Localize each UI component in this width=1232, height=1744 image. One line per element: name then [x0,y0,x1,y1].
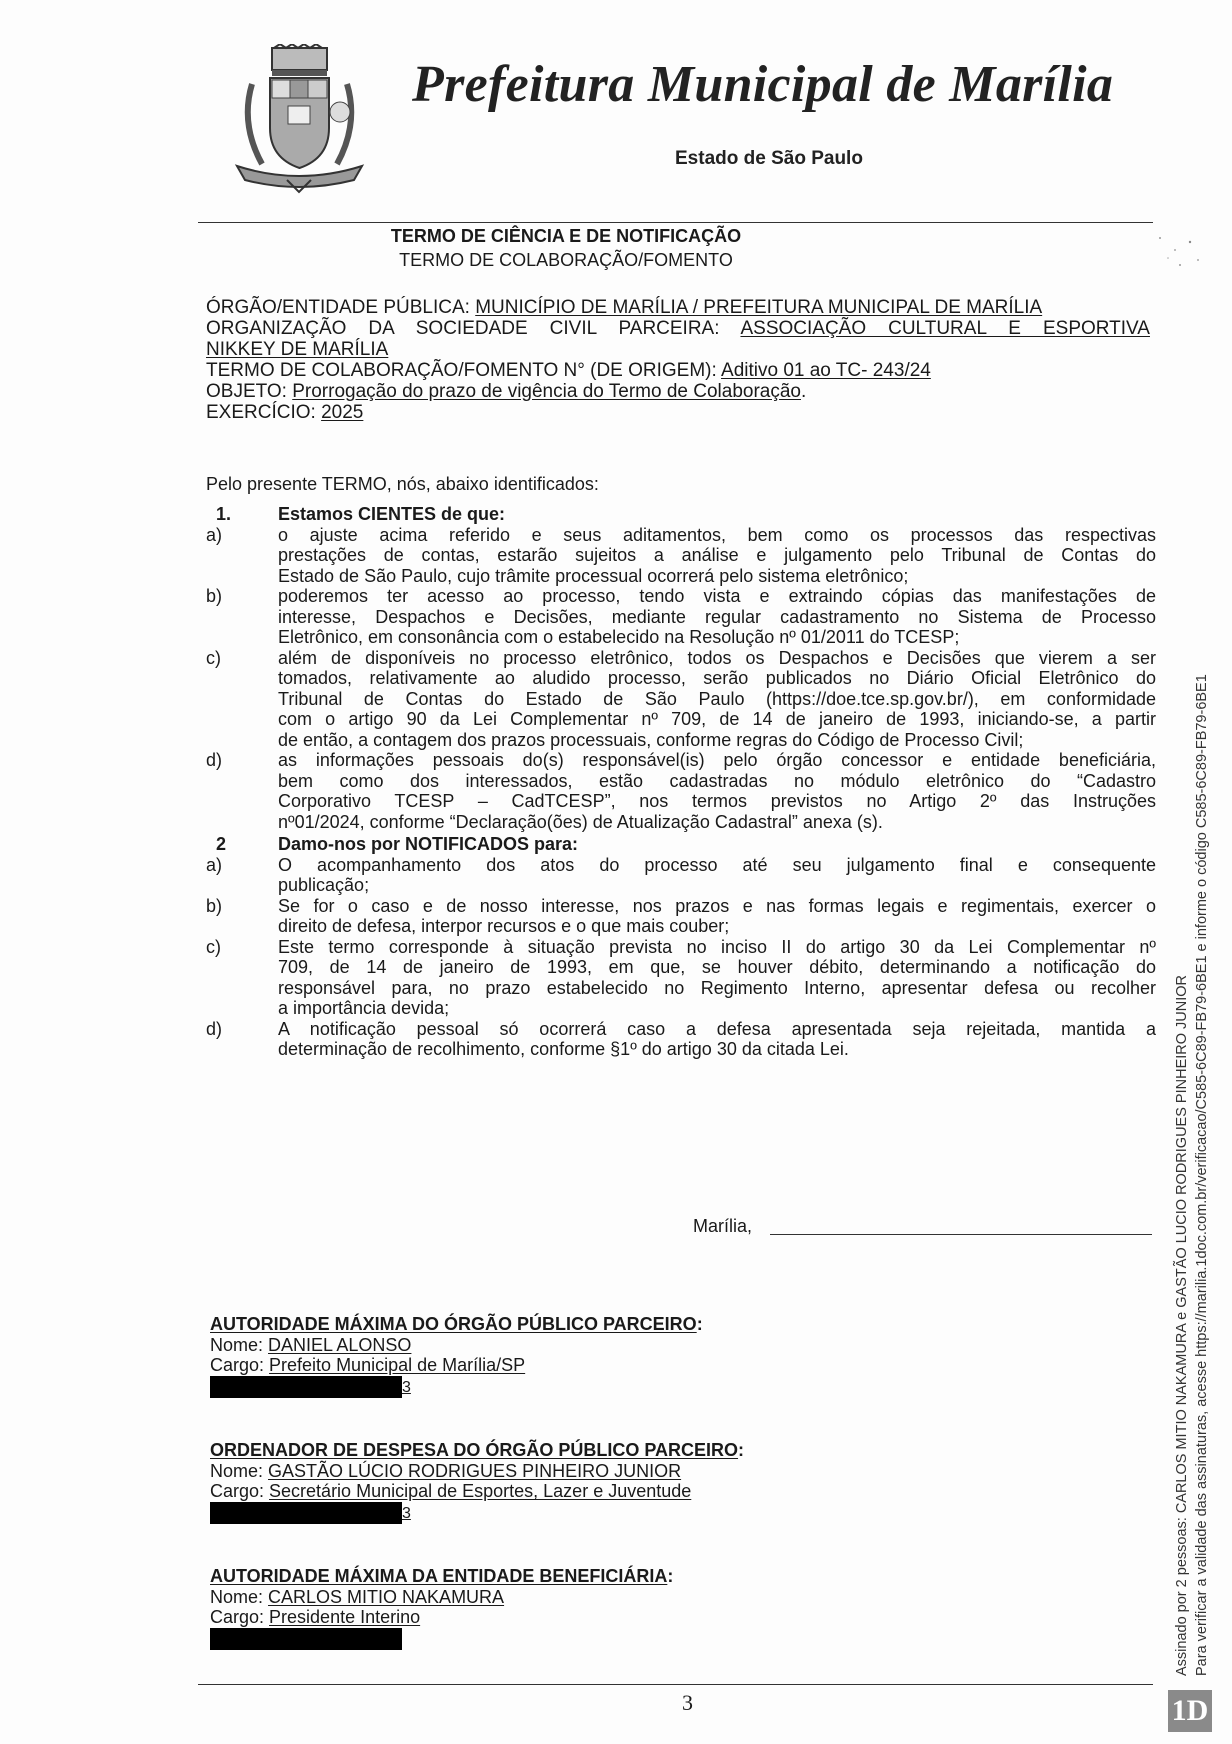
item-letter: c) [206,648,278,751]
signer-role: Secretário Municipal de Esportes, Lazer … [269,1481,691,1501]
item-text-line: de então, a contagem dos prazos processu… [278,730,1156,751]
list-item: d)as informações pessoais do(s) responsá… [206,750,1156,832]
name-label: Nome: [210,1335,268,1355]
osc-field-continued: NIKKEY DE MARÍLIA [206,339,1150,360]
item-text-line: responsável para, no prazo estabelecido … [278,978,1156,999]
exercicio-value: 2025 [321,402,363,423]
signed-by-text: Assinado por 2 pessoas: CARLOS MITIO NAK… [1172,674,1192,1676]
redaction-bar [210,1376,402,1398]
agreement-metadata: ÓRGÃO/ENTIDADE PÚBLICA: MUNICÍPIO DE MAR… [206,297,1150,423]
signer-name: CARLOS MITIO NAKAMURA [268,1587,504,1607]
signer-name: GASTÃO LÚCIO RODRIGUES PINHEIRO JUNIOR [268,1461,681,1481]
item-text-line: o ajuste acima referido e seus aditament… [278,525,1156,546]
signer-name-field: Nome: CARLOS MITIO NAKAMURA [210,1587,673,1608]
item-text-line: O acompanhamento dos atos do processo at… [278,855,1156,876]
item-text-line: poderemos ter acesso ao processo, tendo … [278,586,1156,607]
osc-label: ORGANIZAÇÃO DA SOCIEDADE CIVIL PARCEIRA: [206,318,740,339]
coat-of-arms-icon [232,44,367,194]
name-label: Nome: [210,1461,268,1481]
role-label: Cargo: [210,1607,269,1627]
signer-role-field: Cargo: Secretário Municipal de Esportes,… [210,1481,744,1502]
item-letter: a) [206,525,278,587]
item-text-line: determinação de recolhimento, conforme §… [278,1039,1156,1060]
signer-role-field: Cargo: Presidente Interino [210,1607,673,1628]
item-text: além de disponíveis no processo eletrôni… [278,648,1156,751]
orgao-field: ÓRGÃO/ENTIDADE PÚBLICA: MUNICÍPIO DE MAR… [206,297,1150,318]
intro-paragraph: Pelo presente TERMO, nós, abaixo identif… [206,474,599,495]
item-text-line: Eletrônico, em consonância com o estabel… [278,627,1156,648]
list-item: c)Este termo corresponde à situação prev… [206,937,1156,1019]
item-letter: a) [206,855,278,896]
list-item: d)A notificação pessoal só ocorrerá caso… [206,1019,1156,1060]
termo-value: Aditivo 01 ao TC- 243/24 [721,360,931,381]
item-text-line: Se for o caso e de nosso interesse, nos … [278,896,1156,917]
exercicio-label: EXERCÍCIO: [206,402,321,423]
termo-field: TERMO DE COLABORAÇÃO/FOMENTO N° (DE ORIG… [206,360,1150,381]
item-letter: c) [206,937,278,1019]
section-number: 1. [206,504,278,525]
item-text-line: Este termo corresponde à situação previs… [278,937,1156,958]
item-text-line: Tribunal de Contas do Estado de São Paul… [278,689,1156,710]
item-text-line: publicação; [278,875,1156,896]
signer-role-field: Cargo: Prefeito Municipal de Marília/SP [210,1355,703,1376]
section-number: 2 [206,834,278,855]
item-text: Este termo corresponde à situação previs… [278,937,1156,1019]
item-text: as informações pessoais do(s) responsáve… [278,750,1156,832]
list-item: b)Se for o caso e de nosso interesse, no… [206,896,1156,937]
signature-heading: ORDENADOR DE DESPESA DO ÓRGÃO PÚBLICO PA… [210,1440,744,1461]
redacted-field: 3 [210,1502,744,1525]
termo-label: TERMO DE COLABORAÇÃO/FOMENTO N° (DE ORIG… [206,360,721,381]
signature-block: AUTORIDADE MÁXIMA DA ENTIDADE BENEFICIÁR… [210,1566,673,1650]
item-text-line: com o artigo 90 da Lei Complementar nº 7… [278,709,1156,730]
item-text-line: tomados, relativamente ao aludido proces… [278,668,1156,689]
role-label: Cargo: [210,1355,269,1375]
scan-noise [1150,230,1210,275]
redaction-bar [210,1502,402,1524]
name-label: Nome: [210,1587,268,1607]
section-heading: 1.Estamos CIENTES de que: [206,504,1156,525]
signature-heading-text: AUTORIDADE MÁXIMA DO ÓRGÃO PÚBLICO PARCE… [210,1314,697,1334]
list-item: b)poderemos ter acesso ao processo, tend… [206,586,1156,648]
item-text: Se for o caso e de nosso interesse, nos … [278,896,1156,937]
signer-name: DANIEL ALONSO [268,1335,411,1355]
osc-field: ORGANIZAÇÃO DA SOCIEDADE CIVIL PARCEIRA:… [206,318,1150,339]
item-letter: b) [206,586,278,648]
digital-signature-stamp: Assinado por 2 pessoas: CARLOS MITIO NAK… [1172,674,1212,1676]
signature-heading: AUTORIDADE MÁXIMA DO ÓRGÃO PÚBLICO PARCE… [210,1314,703,1335]
section-heading: 2Damo-nos por NOTIFICADOS para: [206,834,1156,855]
item-text-line: bem como dos interessados, estão cadastr… [278,771,1156,792]
signer-name-field: Nome: DANIEL ALONSO [210,1335,703,1356]
role-label: Cargo: [210,1481,269,1501]
section-heading-text: Estamos CIENTES de que: [278,504,505,525]
header-divider [198,222,1153,223]
item-text: O acompanhamento dos atos do processo at… [278,855,1156,896]
orgao-value: MUNICÍPIO DE MARÍLIA / PREFEITURA MUNICI… [475,297,1042,318]
terms-body: 1.Estamos CIENTES de que:a)o ajuste acim… [206,502,1156,1060]
date-signature-line [770,1234,1152,1235]
signature-heading-text: ORDENADOR DE DESPESA DO ÓRGÃO PÚBLICO PA… [210,1440,738,1460]
signer-role: Prefeito Municipal de Marília/SP [269,1355,525,1375]
document-subtitle: TERMO DE COLABORAÇÃO/FOMENTO [0,250,1182,271]
item-text-line: A notificação pessoal só ocorrerá caso a… [278,1019,1156,1040]
item-text-line: direito de defesa, interpor recursos e o… [278,916,1156,937]
signer-name-field: Nome: GASTÃO LÚCIO RODRIGUES PINHEIRO JU… [210,1461,744,1482]
list-item: a)O acompanhamento dos atos do processo … [206,855,1156,896]
item-letter: d) [206,1019,278,1060]
orgao-label: ÓRGÃO/ENTIDADE PÚBLICA: [206,297,475,318]
place-label: Marília, [693,1216,752,1237]
item-letter: b) [206,896,278,937]
redaction-bar [210,1628,402,1650]
objeto-value: Prorrogação do prazo de vigência do Term… [292,381,801,402]
item-text-line: a importância devida; [278,998,1156,1019]
item-text-line: interesse, Despachos e Decisões, mediant… [278,607,1156,628]
objeto-label: OBJETO: [206,381,292,402]
item-text-line: Corporativo TCESP – CadTCESP”, nos termo… [278,791,1156,812]
list-item: a)o ajuste acima referido e seus aditame… [206,525,1156,587]
osc-value: ASSOCIAÇÃO CULTURAL E ESPORTIVA [740,318,1150,339]
objeto-field: OBJETO: Prorrogação do prazo de vigência… [206,381,1150,402]
item-text: o ajuste acima referido e seus aditament… [278,525,1156,587]
list-item: c)além de disponíveis no processo eletrô… [206,648,1156,751]
signature-heading-text: AUTORIDADE MÁXIMA DA ENTIDADE BENEFICIÁR… [210,1566,667,1586]
signer-role: Presidente Interino [269,1607,420,1627]
item-text: poderemos ter acesso ao processo, tendo … [278,586,1156,648]
redacted-tail: 3 [402,1505,411,1522]
signature-block: AUTORIDADE MÁXIMA DO ÓRGÃO PÚBLICO PARCE… [210,1314,703,1398]
objeto-suffix: . [801,381,806,402]
exercicio-field: EXERCÍCIO: 2025 [206,402,1150,423]
footer-divider [198,1684,1153,1685]
section-heading-text: Damo-nos por NOTIFICADOS para: [278,834,578,855]
item-text-line: Estado de São Paulo, cujo trâmite proces… [278,566,1156,587]
osc-value-continued: NIKKEY DE MARÍLIA [206,339,388,360]
item-letter: d) [206,750,278,832]
signature-block: ORDENADOR DE DESPESA DO ÓRGÃO PÚBLICO PA… [210,1440,744,1524]
item-text-line: as informações pessoais do(s) responsáve… [278,750,1156,771]
signature-heading: AUTORIDADE MÁXIMA DA ENTIDADE BENEFICIÁR… [210,1566,673,1587]
item-text-line: 709, de 14 de janeiro de 1993, em que, s… [278,957,1156,978]
redacted-tail: 3 [402,1379,411,1396]
item-text-line: nº01/2024, conforme “Declaração(ões) de … [278,812,1156,833]
document-page: Prefeitura Municipal de Marília Estado d… [0,0,1232,1744]
item-text: A notificação pessoal só ocorrerá caso a… [278,1019,1156,1060]
item-text-line: prestações de contas, estarão sujeitos a… [278,545,1156,566]
item-text-line: além de disponíveis no processo eletrôni… [278,648,1156,669]
1doc-logo-icon: 1D [1168,1690,1212,1732]
redacted-field: 3 [210,1376,703,1399]
verification-text: Para verificar a validade das assinatura… [1192,674,1212,1676]
municipality-title: Prefeitura Municipal de Marília [412,55,1113,114]
redacted-field [210,1628,673,1651]
page-number: 3 [682,1690,693,1716]
document-title: TERMO DE CIÊNCIA E DE NOTIFICAÇÃO [0,226,1182,247]
state-subtitle: Estado de São Paulo [675,148,863,170]
